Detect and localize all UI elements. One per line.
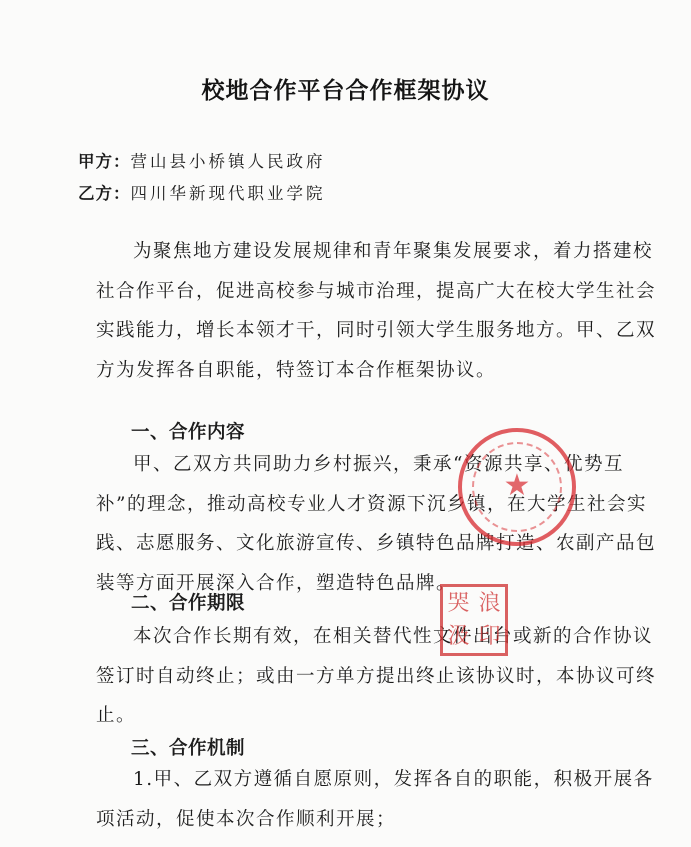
section-2-heading: 二、合作期限 — [131, 589, 245, 615]
party-a-label: 甲方： — [78, 152, 131, 171]
preamble-paragraph: 为聚焦地方建设发展规律和青年聚集发展要求，着力搭建校社合作平台，促进高校参与城市… — [96, 232, 656, 390]
section-2-body: 本次合作长期有效，在相关替代性文件出台或新的合作协议签订时自动终止；或由一方单方… — [96, 617, 656, 736]
party-a: 甲方：营山县小桥镇人民政府 — [78, 148, 326, 172]
party-b-name: 四川华新现代职业学院 — [131, 184, 326, 203]
party-b-label: 乙方： — [78, 184, 131, 203]
party-a-name: 营山县小桥镇人民政府 — [131, 152, 326, 171]
section-1-heading: 一、合作内容 — [131, 418, 245, 444]
section-1-body: 甲、乙双方共同助力乡村振兴，秉承“资源共享、优势互补”的理念，推动高校专业人才资… — [96, 445, 656, 603]
party-b: 乙方：四川华新现代职业学院 — [78, 180, 326, 204]
document-title: 校地合作平台合作框架协议 — [0, 72, 691, 105]
section-3-heading: 三、合作机制 — [131, 734, 245, 760]
section-3-body: 1.甲、乙双方遵循自愿原则，发挥各自的职能，积极开展各项活动，促使本次合作顺利开… — [96, 760, 656, 839]
